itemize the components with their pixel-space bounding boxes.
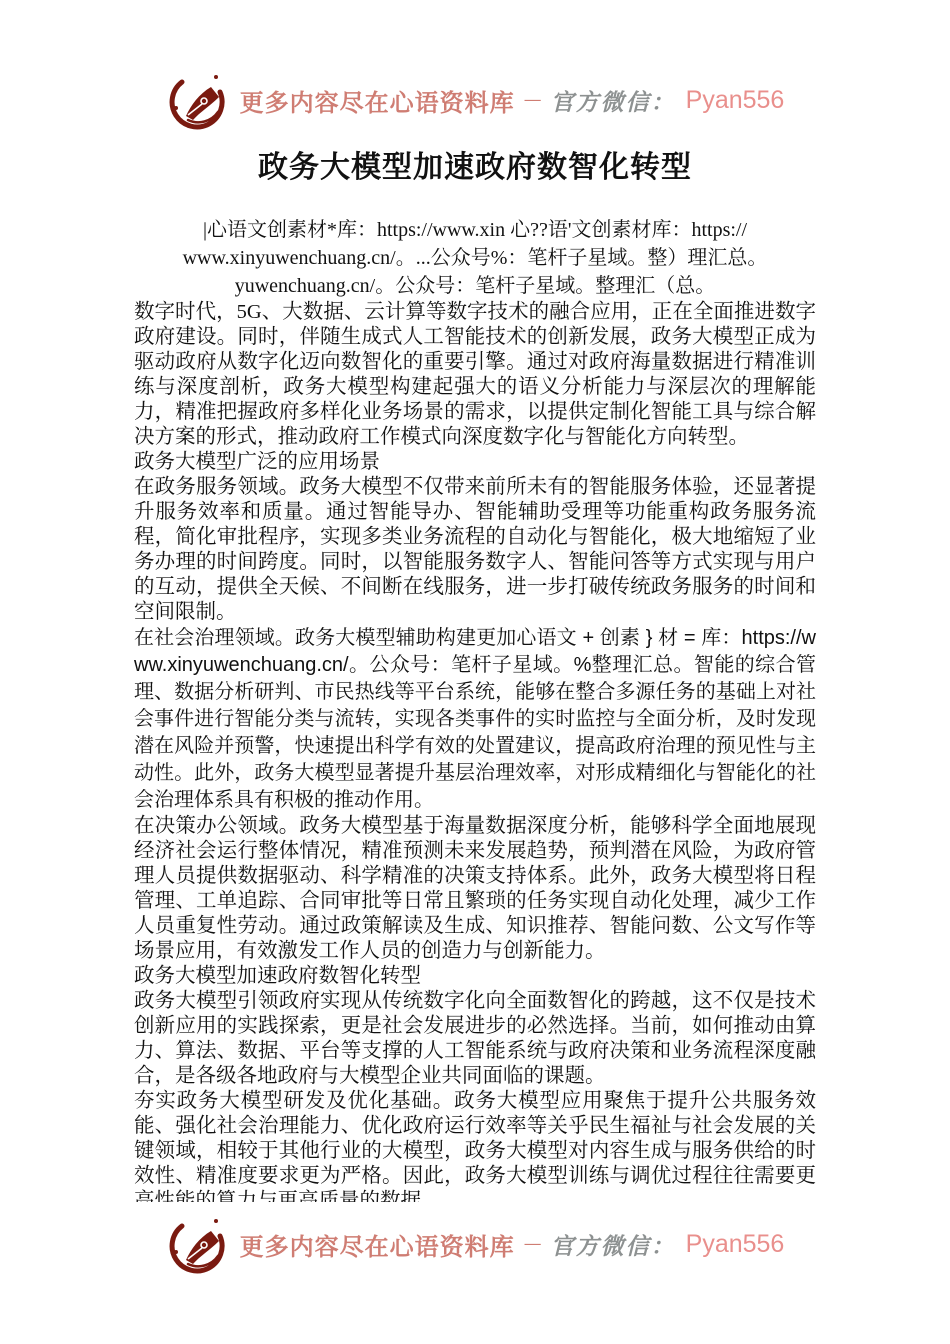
brand-separator: — xyxy=(525,91,541,109)
brand-text: 更多内容尽在心语资料库 xyxy=(240,1227,515,1262)
paragraph: 数字时代，5G、大数据、云计算等数字技术的融合应用，正在全面推进数字政府建设。同… xyxy=(134,300,816,450)
paragraph: 在政务服务领域。政务大模型不仅带来前所未有的智能服务体验，还显著提升服务效率和质… xyxy=(134,475,816,625)
subtitle-line-3: yuwenchuang.cn/。公众号：笔杆子星域。整理汇（总。 xyxy=(0,272,950,300)
wechat-label: 官方微信： xyxy=(551,84,676,117)
paragraph: 在决策办公领域。政务大模型基于海量数据深度分析，能够科学全面地展现经济社会运行整… xyxy=(134,814,816,964)
footer-banner: 更多内容尽在心语资料库—官方微信：Pyan556 xyxy=(0,1202,950,1276)
wechat-id: Pyan556 xyxy=(686,1230,785,1259)
section-heading: 政务大模型广泛的应用场景 xyxy=(134,450,816,475)
paragraph: 在社会治理领域。政务大模型辅助构建更加心语文 + 创素 } 材 = 库：http… xyxy=(134,625,816,814)
wechat-label: 官方微信： xyxy=(551,1228,676,1261)
section-heading: 政务大模型加速政府数智化转型 xyxy=(134,964,816,989)
brand-text: 更多内容尽在心语资料库 xyxy=(240,83,515,118)
source-subtitle: |心语文创素材*库：https://www.xin 心??语'文创素材库：htt… xyxy=(0,216,950,300)
page-title: 政务大模型加速政府数智化转型 xyxy=(0,146,950,190)
article-body: 数字时代，5G、大数据、云计算等数字技术的融合应用，正在全面推进数字政府建设。同… xyxy=(134,300,816,1202)
subtitle-line-2: www.xinyuwenchuang.cn/。...公众号%：笔杆子星域。整）理… xyxy=(0,244,950,272)
pen-swirl-logo-icon xyxy=(166,68,230,132)
pen-swirl-logo-icon xyxy=(166,1212,230,1276)
wechat-id: Pyan556 xyxy=(686,86,785,115)
paragraph: 夯实政务大模型研发及优化基础。政务大模型应用聚焦于提升公共服务效能、强化社会治理… xyxy=(134,1089,816,1202)
header-banner: 更多内容尽在心语资料库—官方微信：Pyan556 xyxy=(0,0,950,132)
subtitle-line-1: |心语文创素材*库：https://www.xin 心??语'文创素材库：htt… xyxy=(0,216,950,244)
paragraph: 政务大模型引领政府实现从传统数字化向全面数智化的跨越，这不仅是技术创新应用的实践… xyxy=(134,989,816,1089)
brand-separator: — xyxy=(525,1235,541,1253)
